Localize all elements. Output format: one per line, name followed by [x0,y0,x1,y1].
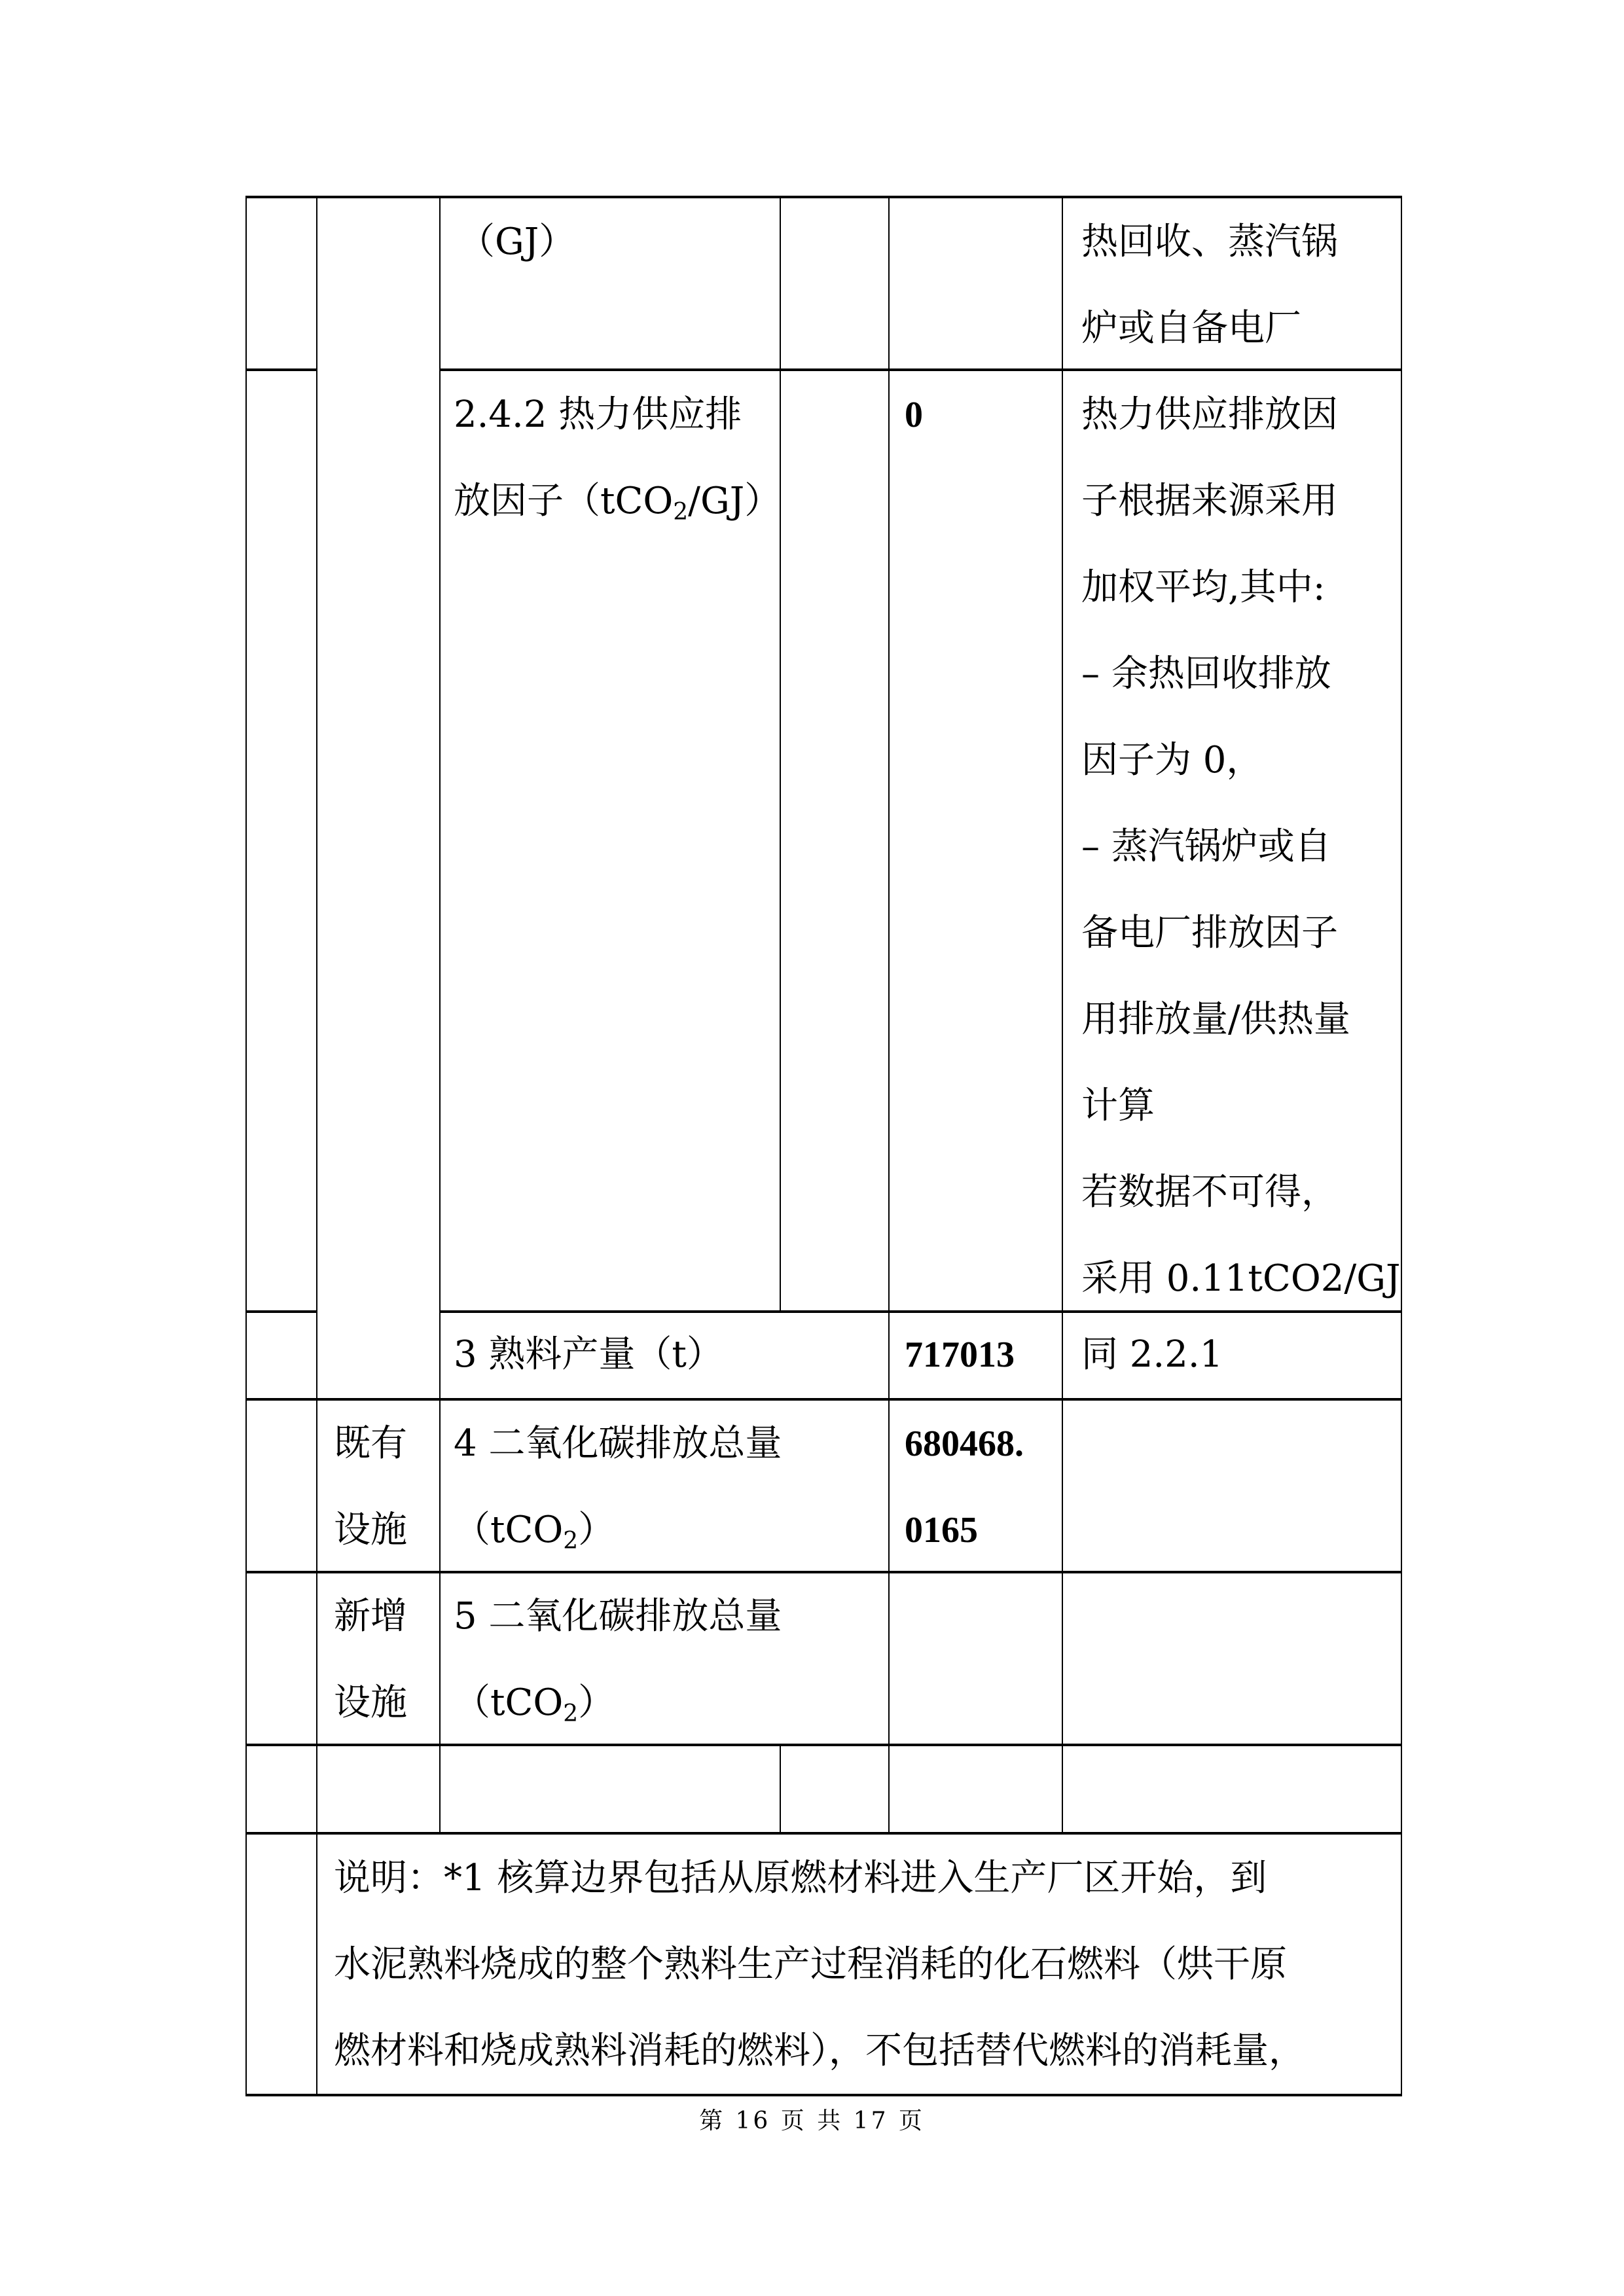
note-cell: 热力供应排放因 子根据来源采用 加权平均,其中: – 余热回收排放 因子为 0，… [1081,372,1400,1322]
item-text: （tCO [454,1681,563,1724]
item-text: /GJ） [688,480,781,522]
item-line: 4 二氧化碳排放总量 [454,1401,782,1487]
value-cell: 680468. 0165 [905,1401,1024,1573]
subscript: 2 [563,1528,578,1554]
note-text: 同 2.2.1 [1081,1312,1223,1398]
category-line: 既有 [334,1401,407,1487]
category-line: 设施 [334,1487,407,1573]
value-line: 0165 [905,1487,1024,1573]
category-cell: 新增 设施 [334,1573,407,1746]
item-cell: （GJ） [458,199,575,285]
note-line: 备电厂排放因子 [1081,890,1400,977]
data-table: （GJ） 热回收、蒸汽锅 炉或自备电厂 2.4.2 热力供应排 放因子（tCO2… [0,0,1624,2296]
value-cell: 0 [905,372,923,458]
row-divider [245,1398,1402,1401]
note-line: 热力供应排放因 [1081,372,1400,458]
value-cell: 717013 [905,1312,1015,1398]
category-line: 新增 [334,1573,407,1660]
item-text: 3 熟料产量（t） [454,1312,723,1398]
item-text: （tCO [454,1509,563,1551]
value-text: 717013 [905,1312,1015,1398]
col-divider [888,196,890,1833]
row-divider [245,1832,1402,1835]
note-cell: 同 2.2.1 [1081,1312,1223,1398]
row-divider [245,1310,317,1313]
item-text: 放因子（tCO [454,480,673,522]
item-line: （tCO2） [454,1660,782,1757]
note-line: 热回收、蒸汽锅 [1081,199,1338,285]
item-line: （tCO2） [454,1487,782,1585]
item-text: （GJ） [458,199,575,285]
item-line: 2.4.2 热力供应排 [454,372,781,458]
col-border-left [245,196,247,2096]
category-line: 设施 [334,1660,407,1746]
item-cell: 2.4.2 热力供应排 放因子（tCO2/GJ） [454,372,781,556]
col-divider [1062,196,1063,1833]
note-line: 因子为 0， [1081,717,1400,804]
remark-line: 燃材料和烧成熟料消耗的燃料），不包括替代燃料的消耗量， [334,2008,1305,2094]
col-divider [780,196,781,1312]
remark-line: 说明：*1 核算边界包括从原燃材料进入生产厂区开始，到 [334,1835,1305,1922]
item-text: ） [578,1681,615,1724]
row-divider [245,1571,1402,1573]
item-cell: 4 二氧化碳排放总量 （tCO2） [454,1401,782,1585]
value-text: 0 [905,372,923,458]
page-number: 第 16 页 共 17 页 [0,2102,1624,2136]
note-line: 计算 [1081,1063,1400,1149]
note-line: 子根据来源采用 [1081,458,1400,545]
category-cell: 既有 设施 [334,1401,407,1573]
remark-cell: 说明：*1 核算边界包括从原燃材料进入生产厂区开始，到 水泥熟料烧成的整个熟料生… [334,1835,1305,2094]
item-line: 放因子（tCO2/GJ） [454,458,781,556]
note-line: – 蒸汽锅炉或自 [1081,804,1400,890]
note-line: – 余热回收排放 [1081,631,1400,717]
item-cell: 3 熟料产量（t） [454,1312,723,1398]
value-line: 680468. [905,1401,1024,1487]
subscript: 2 [673,499,688,526]
col-divider [439,196,441,1833]
col-border-right [1401,196,1402,2096]
col-divider [316,196,317,2096]
note-line: 加权平均,其中: [1081,545,1400,631]
row-divider [245,368,317,371]
note-line: 采用 0.11tCO2/GJ [1081,1236,1400,1322]
remark-line: 水泥熟料烧成的整个熟料生产过程消耗的化石燃料（烘干原 [334,1922,1305,2008]
row-divider [245,1744,1402,1746]
note-line: 用排放量/供热量 [1081,977,1400,1063]
item-text: ） [578,1509,615,1551]
table-border-top [245,196,1402,198]
item-line: 5 二氧化碳排放总量 [454,1573,782,1660]
note-cell: 热回收、蒸汽锅 炉或自备电厂 [1081,199,1338,372]
subscript: 2 [563,1700,578,1727]
note-line: 炉或自备电厂 [1081,285,1338,372]
item-cell: 5 二氧化碳排放总量 （tCO2） [454,1573,782,1757]
note-line: 若数据不可得， [1081,1149,1400,1236]
